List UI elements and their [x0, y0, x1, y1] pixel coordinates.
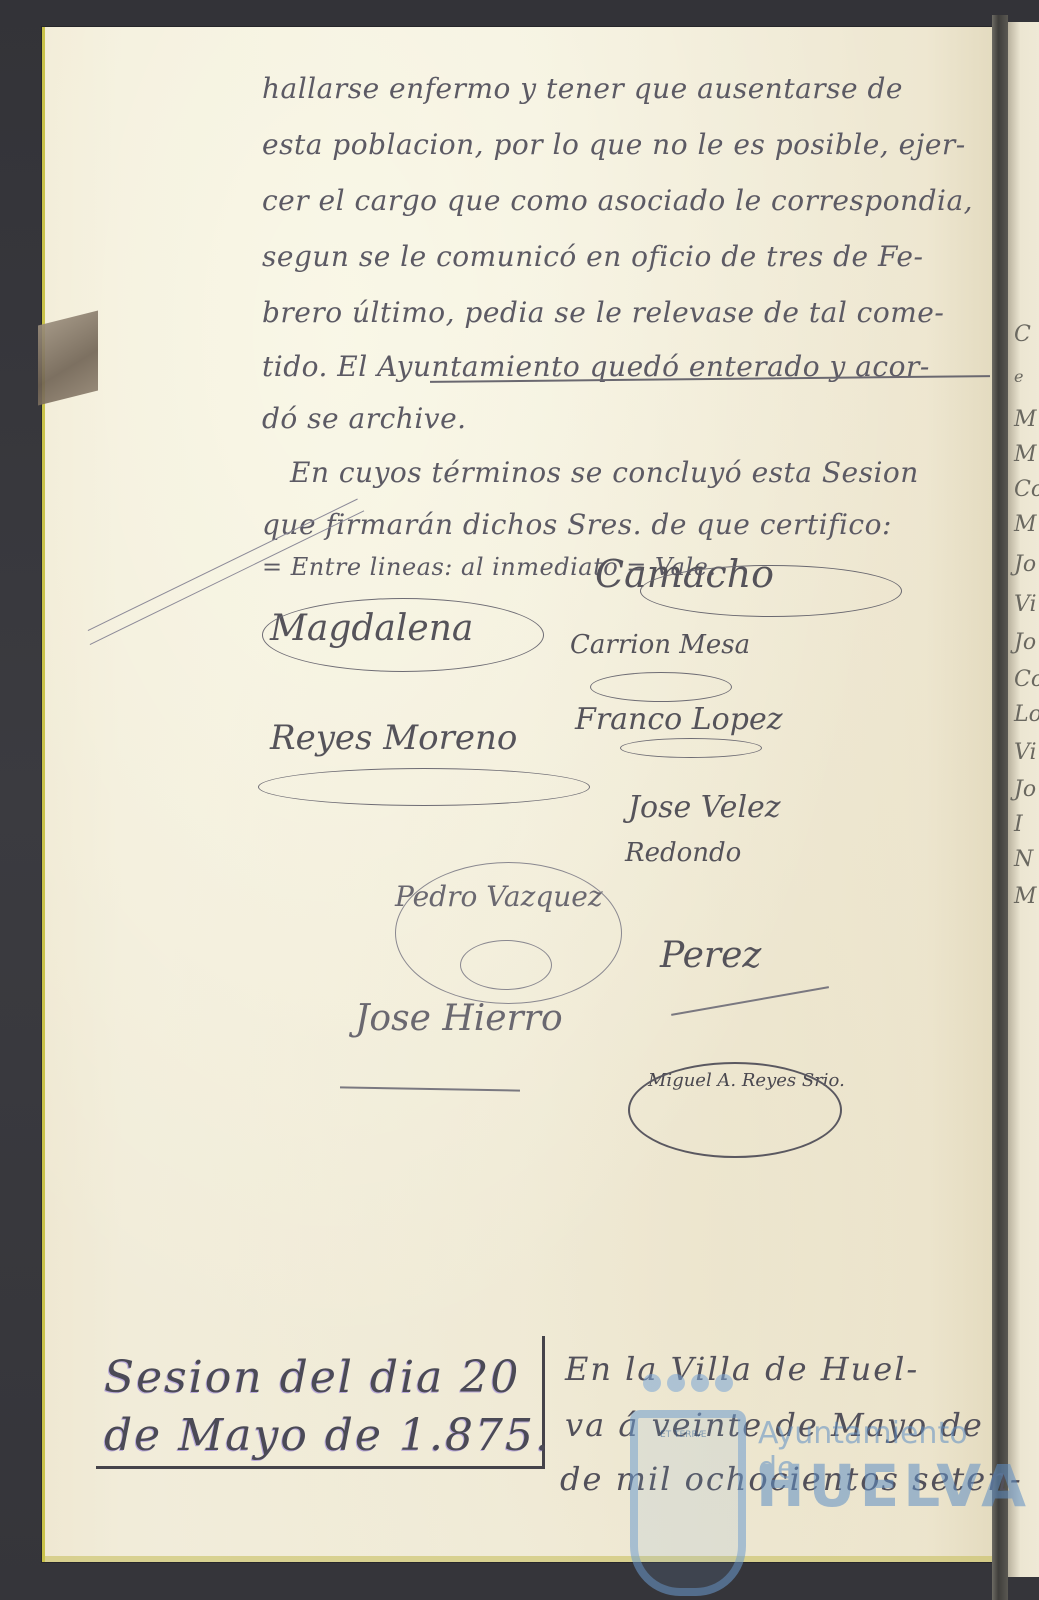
signature: Perez — [660, 935, 761, 976]
crown-icon — [638, 1374, 738, 1408]
body-text-line: hallarse enfermo y tener que ausentarse … — [262, 72, 903, 105]
signature-flourish — [620, 738, 762, 758]
signature: Reyes Moreno — [270, 718, 517, 758]
facing-page-fragment: Vi — [1014, 592, 1037, 617]
facing-page-fragment: Jo — [1014, 552, 1036, 577]
book-gutter — [992, 15, 1008, 1600]
facing-page-fragment: M — [1014, 512, 1037, 537]
archive-watermark: ET TERRÆ Ayuntamiento de HUELVA — [620, 1360, 980, 1600]
body-text-line: dó se archive. — [262, 402, 467, 435]
facing-page-fragment: Vi — [1014, 740, 1037, 765]
paper-tab-stain — [38, 311, 98, 406]
facing-page-fragment: Co — [1014, 477, 1039, 502]
body-text-line: esta poblacion, por lo que no le es posi… — [262, 128, 966, 161]
session-heading-line: Sesion del dia 20 — [104, 1352, 520, 1403]
closing-text-line: En cuyos términos se concluyó esta Sesio… — [290, 456, 919, 489]
signature-flourish — [262, 598, 544, 672]
facing-page-fragment: Lo — [1014, 702, 1039, 727]
watermark-motto: ET TERRÆ — [660, 1430, 707, 1440]
facing-page-fragment: I — [1014, 812, 1023, 837]
facing-page-fragment: M — [1014, 442, 1037, 467]
facing-page-edge: C e M M Co M Jo Vi Jo Co Lo Vi Jo I N M — [1008, 22, 1039, 1577]
facing-page-fragment: Co — [1014, 667, 1039, 692]
facing-page-fragment: C — [1014, 322, 1031, 347]
facing-page-fragment: Jo — [1014, 630, 1036, 655]
facing-page-fragment: N — [1014, 847, 1033, 872]
body-text-line: cer el cargo que como asociado le corres… — [262, 184, 973, 217]
watermark-name: HUELVA — [756, 1452, 1030, 1520]
session-heading-line: de Mayo de 1.875. — [104, 1410, 551, 1461]
body-text-line: brero último, pedia se le relevase de ta… — [262, 296, 944, 329]
signature-seal-flourish — [628, 1062, 842, 1158]
signature-flourish — [590, 672, 732, 702]
body-text-line: segun se le comunicó en oficio de tres d… — [262, 240, 923, 273]
facing-page-fragment: e — [1014, 367, 1023, 386]
signature-flourish — [640, 565, 902, 617]
facing-page-fragment: Jo — [1014, 777, 1036, 802]
signature-flourish — [258, 768, 590, 806]
signature: Jose Velez — [628, 790, 781, 825]
signature: Franco Lopez — [575, 702, 783, 737]
signature: Redondo — [625, 838, 741, 868]
signature: Carrion Mesa — [570, 630, 750, 660]
facing-page-fragment: M — [1014, 884, 1037, 909]
signature: Jose Hierro — [355, 998, 563, 1039]
facing-page-fragment: M — [1014, 407, 1037, 432]
signature-flourish — [460, 940, 552, 990]
